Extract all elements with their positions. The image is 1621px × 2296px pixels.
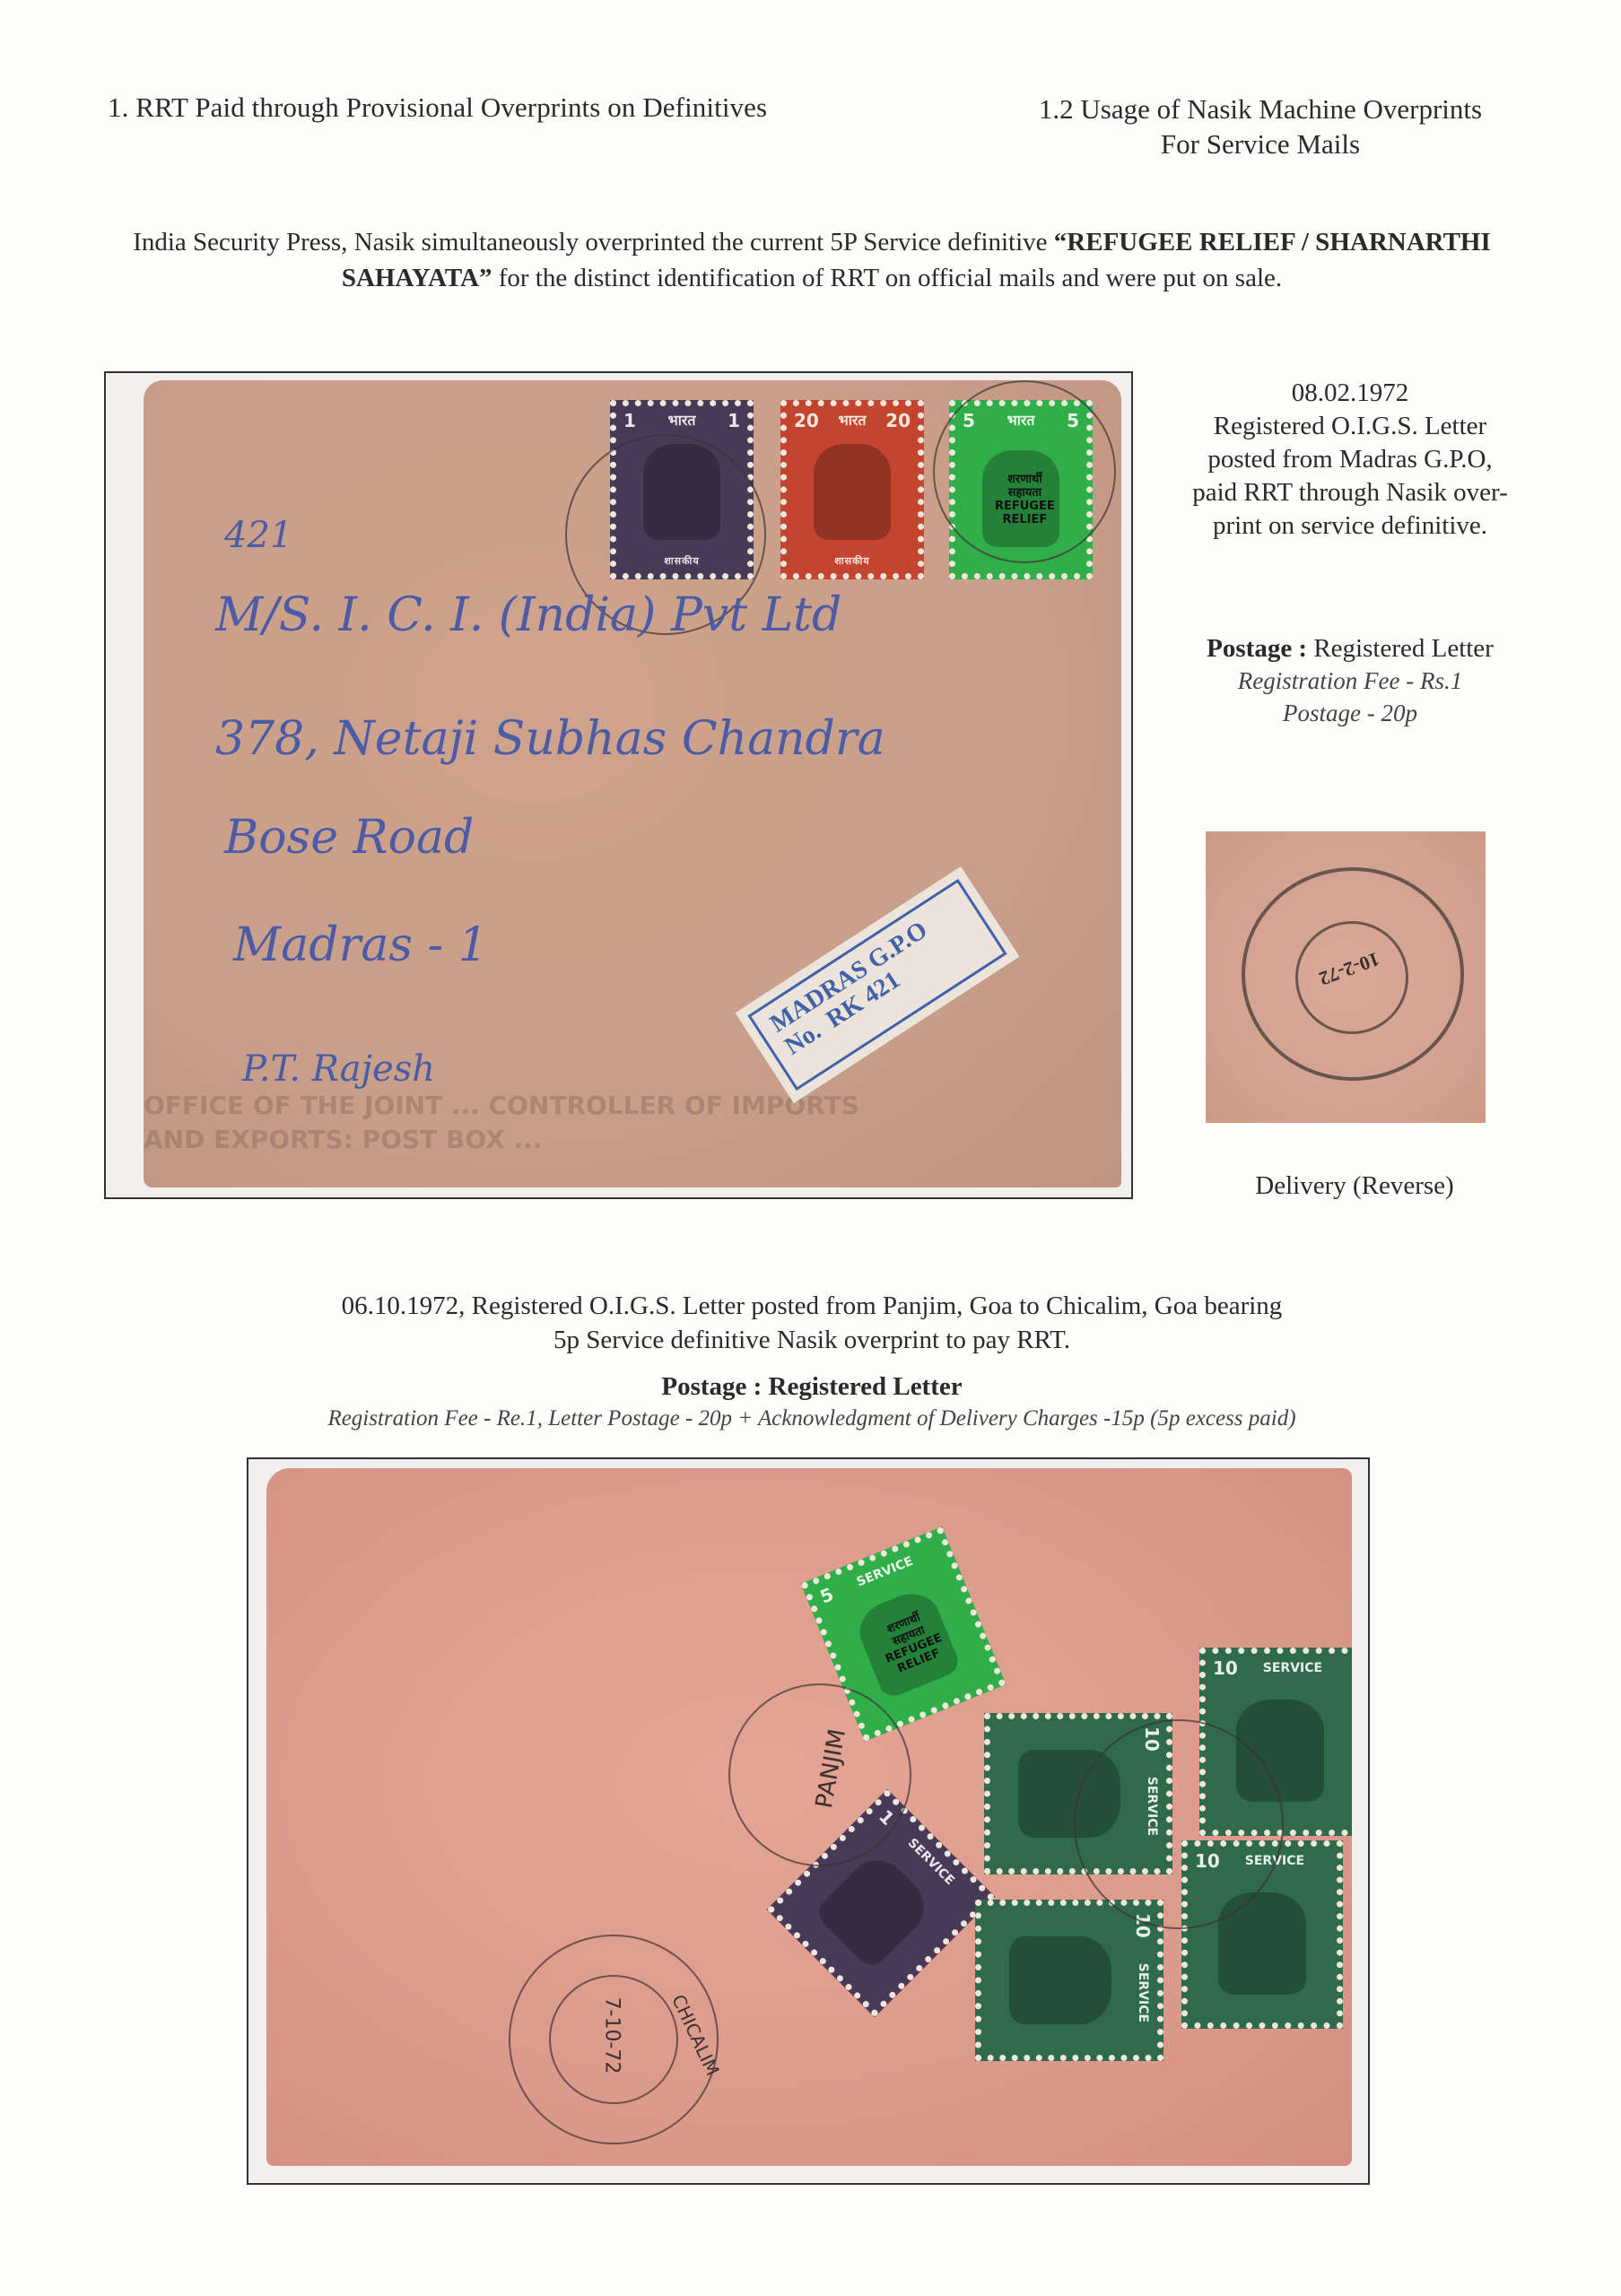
stamp-country: भारत bbox=[667, 412, 695, 430]
cover1-sender-imprint: AND EXPORTS: POST BOX ... bbox=[144, 1125, 542, 1154]
section-title: 1. RRT Paid through Provisional Overprin… bbox=[108, 91, 767, 124]
subsection-title-line1: 1.2 Usage of Nasik Machine Overprints bbox=[982, 91, 1538, 126]
ashoka-pillar-icon bbox=[814, 444, 891, 541]
cover1-address-line: Madras - 1 bbox=[233, 918, 488, 972]
postage-label: Postage : bbox=[1207, 634, 1307, 663]
cover2-description: 06.10.1972, Registered O.I.G.S. Letter p… bbox=[179, 1289, 1444, 1357]
cover1-frame: 1भारत1 शासकीय 20भारत20 शासकीय 5भारत5 शरण… bbox=[104, 371, 1133, 1199]
cover2-stamp-10p: 10SERVICE bbox=[975, 1900, 1163, 2061]
cover1-reference-number: 421 bbox=[224, 515, 292, 556]
subsection-title: 1.2 Usage of Nasik Machine Overprints Fo… bbox=[982, 91, 1538, 161]
cover1-date: 08.02.1972 bbox=[1144, 377, 1556, 410]
cover1-description-line: print on service definitive. bbox=[1144, 509, 1556, 543]
cover1-fee-line: Postage - 20p bbox=[1144, 697, 1556, 729]
ashoka-pillar-icon bbox=[814, 1848, 937, 1971]
cover2-fees: Registration Fee - Re.1, Letter Postage … bbox=[179, 1406, 1444, 1431]
cover2-postage-heading: Postage : Registered Letter bbox=[179, 1372, 1444, 1402]
stamp-value: 5 bbox=[817, 1585, 835, 1606]
cover2-description-line: 06.10.1972, Registered O.I.G.S. Letter p… bbox=[179, 1289, 1444, 1323]
stamp-label: SERVICE bbox=[854, 1552, 916, 1591]
stamp-label: SERVICE bbox=[1263, 1659, 1322, 1677]
cover2-envelope-image: 5SERVICE शरणार्थी सहायता REFUGEE RELIEF … bbox=[266, 1468, 1352, 2166]
intro-text-after: for the distinct identification of RRT o… bbox=[492, 264, 1282, 292]
postage-type: Registered Letter bbox=[1313, 634, 1494, 663]
stamp-bottom-text: शासकीय bbox=[834, 554, 869, 568]
registration-label: MADRAS G.P.O No. RK 421 bbox=[736, 866, 1020, 1103]
delivery-caption: Delivery (Reverse) bbox=[1193, 1171, 1516, 1201]
cover1-description: 08.02.1972 Registered O.I.G.S. Letter po… bbox=[1144, 377, 1556, 543]
stamp-label: SERVICE bbox=[1134, 1963, 1152, 2022]
cover2-frame: 5SERVICE शरणार्थी सहायता REFUGEE RELIEF … bbox=[247, 1457, 1370, 2185]
stamp-value-left: 1 bbox=[623, 412, 636, 430]
chicalim-postmark-date: 7-10-72 bbox=[601, 1991, 623, 2081]
cover1-postage-row: Postage : Registered Letter bbox=[1144, 632, 1556, 665]
cover1-postage: Postage : Registered Letter Registration… bbox=[1144, 632, 1556, 729]
cover1-sender-imprint: OFFICE OF THE JOINT ... CONTROLLER OF IM… bbox=[144, 1091, 859, 1120]
cover1-address-line: M/S. I. C. I. (India) Pvt Ltd bbox=[215, 588, 841, 642]
panjim-postmark-2 bbox=[1074, 1719, 1284, 1929]
cover1-postmark bbox=[933, 380, 1116, 563]
stamp-value-right: 20 bbox=[885, 412, 911, 430]
cover1-stamp-20p: 20भारत20 शासकीय bbox=[780, 400, 924, 579]
stamp-value-left: 20 bbox=[794, 412, 819, 430]
cover1-address-line: Bose Road bbox=[224, 811, 474, 865]
delivery-postmark-image: 10-2-72 bbox=[1206, 831, 1486, 1123]
cover1-fee-line: Registration Fee - Rs.1 bbox=[1144, 665, 1556, 697]
stamp-value: 10 bbox=[1213, 1659, 1238, 1677]
cover1-description-line: paid RRT through Nasik over- bbox=[1144, 476, 1556, 509]
intro-paragraph: India Security Press, Nasik simultaneous… bbox=[99, 224, 1525, 296]
stamp-country: भारत bbox=[838, 412, 866, 430]
ashoka-pillar-icon bbox=[1009, 1936, 1111, 2024]
intro-text-before: India Security Press, Nasik simultaneous… bbox=[133, 228, 1054, 257]
cover1-description-line: Registered O.I.G.S. Letter bbox=[1144, 410, 1556, 443]
subsection-title-line2: For Service Mails bbox=[982, 126, 1538, 161]
cover1-address-line: 378, Netaji Subhas Chandra bbox=[215, 712, 885, 766]
cover1-description-line: posted from Madras G.P.O, bbox=[1144, 443, 1556, 476]
stamp-value-right: 1 bbox=[728, 412, 740, 430]
cover1-envelope-image: 1भारत1 शासकीय 20भारत20 शासकीय 5भारत5 शरण… bbox=[144, 380, 1121, 1187]
cover1-signature: P.T. Rajesh bbox=[242, 1048, 435, 1090]
stamp-label: SERVICE bbox=[903, 1834, 958, 1889]
cover2-description-line: 5p Service definitive Nasik overprint to… bbox=[179, 1323, 1444, 1357]
